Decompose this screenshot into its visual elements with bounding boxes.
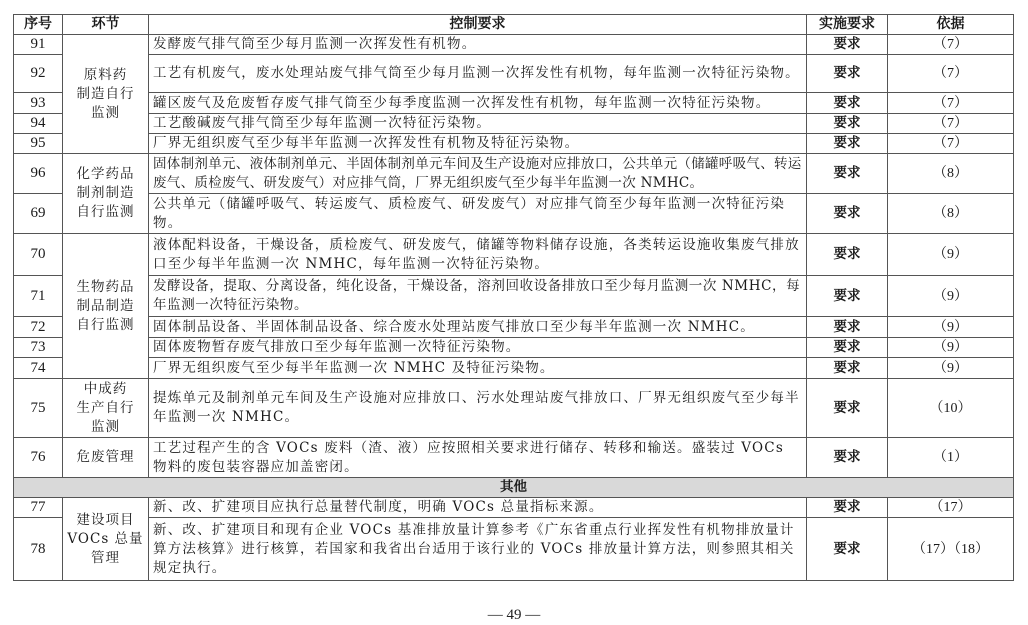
basis-value: （9） xyxy=(888,234,1014,276)
requirement-text: 固体制剂单元、液体制剂单元、半固体制剂单元车间及生产设施对应排放口，公共单元（储… xyxy=(149,154,807,194)
row-number: 69 xyxy=(14,194,63,234)
implementation-value: 要求 xyxy=(807,498,888,518)
table-row: 76 危废管理 工艺过程产生的含 VOCs 废料（渣、液）应按照相关要求进行储存… xyxy=(14,438,1014,478)
stage-tcm-production: 中成药 生产自行 监测 xyxy=(63,379,149,438)
implementation-value: 要求 xyxy=(807,338,888,358)
basis-value: （8） xyxy=(888,154,1014,194)
row-number: 91 xyxy=(14,35,63,55)
row-number: 72 xyxy=(14,317,63,338)
row-number: 96 xyxy=(14,154,63,194)
table-row: 78 新、改、扩建项目和现有企业 VOCs 基准排放量计算参考《广东省重点行业挥… xyxy=(14,518,1014,581)
table-row: 74 厂界无组织废气至少每半年监测一次 NMHC 及特征污染物。 要求 （9） xyxy=(14,358,1014,379)
row-number: 70 xyxy=(14,234,63,276)
requirement-text: 厂界无组织废气至少每半年监测一次挥发性有机物及特征污染物。 xyxy=(149,134,807,154)
control-requirements-table: 序号 环节 控制要求 实施要求 依据 91 原料药 制造自行 监测 发酵废气排气… xyxy=(13,14,1014,581)
table-row: 73 固体废物暂存废气排放口至少每年监测一次特征污染物。 要求 （9） xyxy=(14,338,1014,358)
stage-hazardous-waste: 危废管理 xyxy=(63,438,149,478)
requirement-text: 液体配料设备，干燥设备，质检废气、研发废气，储罐等物料储存设施，各类转运设施收集… xyxy=(149,234,807,276)
table-row: 95 厂界无组织废气至少每半年监测一次挥发性有机物及特征污染物。 要求 （7） xyxy=(14,134,1014,154)
basis-value: （9） xyxy=(888,358,1014,379)
header-implementation: 实施要求 xyxy=(807,15,888,35)
basis-value: （17） xyxy=(888,498,1014,518)
row-number: 93 xyxy=(14,93,63,114)
row-number: 74 xyxy=(14,358,63,379)
implementation-value: 要求 xyxy=(807,154,888,194)
stage-api-manufacturing: 原料药 制造自行 监测 xyxy=(63,35,149,154)
implementation-value: 要求 xyxy=(807,134,888,154)
basis-value: （10） xyxy=(888,379,1014,438)
stage-vocs-total-management: 建设项目 VOCs 总量 管理 xyxy=(63,498,149,581)
basis-value: （1） xyxy=(888,438,1014,478)
table-row: 91 原料药 制造自行 监测 发酵废气排气筒至少每月监测一次挥发性有机物。 要求… xyxy=(14,35,1014,55)
requirement-text: 发酵废气排气筒至少每月监测一次挥发性有机物。 xyxy=(149,35,807,55)
implementation-value: 要求 xyxy=(807,379,888,438)
table-row: 71 发酵设备，提取、分离设备，纯化设备，干燥设备，溶剂回收设备排放口至少每月监… xyxy=(14,276,1014,317)
table-row: 93 罐区废气及危废暂存废气排气筒至少每季度监测一次挥发性有机物，每年监测一次特… xyxy=(14,93,1014,114)
row-number: 73 xyxy=(14,338,63,358)
implementation-value: 要求 xyxy=(807,93,888,114)
header-basis: 依据 xyxy=(888,15,1014,35)
section-row-other: 其他 xyxy=(14,478,1014,498)
section-title: 其他 xyxy=(14,478,1014,498)
row-number: 76 xyxy=(14,438,63,478)
requirement-text: 新、改、扩建项目应执行总量替代制度，明确 VOCs 总量指标来源。 xyxy=(149,498,807,518)
basis-value: （8） xyxy=(888,194,1014,234)
header-requirement: 控制要求 xyxy=(149,15,807,35)
implementation-value: 要求 xyxy=(807,35,888,55)
basis-value: （9） xyxy=(888,338,1014,358)
implementation-value: 要求 xyxy=(807,438,888,478)
table-row: 77 建设项目 VOCs 总量 管理 新、改、扩建项目应执行总量替代制度，明确 … xyxy=(14,498,1014,518)
table-row: 96 化学药品 制剂制造 自行监测 固体制剂单元、液体制剂单元、半固体制剂单元车… xyxy=(14,154,1014,194)
basis-value: （7） xyxy=(888,55,1014,93)
row-number: 92 xyxy=(14,55,63,93)
table-row: 92 工艺有机废气，废水处理站废气排气筒至少每月监测一次挥发性有机物，每年监测一… xyxy=(14,55,1014,93)
implementation-value: 要求 xyxy=(807,194,888,234)
requirement-text: 提炼单元及制剂单元车间及生产设施对应排放口、污水处理站废气排放口、厂界无组织废气… xyxy=(149,379,807,438)
row-number: 75 xyxy=(14,379,63,438)
row-number: 95 xyxy=(14,134,63,154)
basis-value: （17）（18） xyxy=(888,518,1014,581)
requirement-text: 固体废物暂存废气排放口至少每年监测一次特征污染物。 xyxy=(149,338,807,358)
requirement-text: 罐区废气及危废暂存废气排气筒至少每季度监测一次挥发性有机物，每年监测一次特征污染… xyxy=(149,93,807,114)
header-stage: 环节 xyxy=(63,15,149,35)
basis-value: （7） xyxy=(888,93,1014,114)
stage-biological-products: 生物药品 制品制造 自行监测 xyxy=(63,234,149,379)
table-row: 75 中成药 生产自行 监测 提炼单元及制剂单元车间及生产设施对应排放口、污水处… xyxy=(14,379,1014,438)
implementation-value: 要求 xyxy=(807,518,888,581)
table-row: 72 固体制品设备、半固体制品设备、综合废水处理站废气排放口至少每半年监测一次 … xyxy=(14,317,1014,338)
implementation-value: 要求 xyxy=(807,114,888,134)
stage-chemical-formulation: 化学药品 制剂制造 自行监测 xyxy=(63,154,149,234)
row-number: 94 xyxy=(14,114,63,134)
page-number: — 49 — xyxy=(0,607,1028,624)
table-row: 94 工艺酸碱废气排气筒至少每年监测一次特征污染物。 要求 （7） xyxy=(14,114,1014,134)
implementation-value: 要求 xyxy=(807,55,888,93)
implementation-value: 要求 xyxy=(807,317,888,338)
basis-value: （7） xyxy=(888,35,1014,55)
requirement-text: 公共单元（储罐呼吸气、转运废气、质检废气、研发废气）对应排气筒至少每年监测一次特… xyxy=(149,194,807,234)
requirement-text: 发酵设备，提取、分离设备，纯化设备，干燥设备，溶剂回收设备排放口至少每月监测一次… xyxy=(149,276,807,317)
basis-value: （9） xyxy=(888,317,1014,338)
requirement-text: 固体制品设备、半固体制品设备、综合废水处理站废气排放口至少每半年监测一次 NMH… xyxy=(149,317,807,338)
requirement-text: 工艺有机废气，废水处理站废气排气筒至少每月监测一次挥发性有机物，每年监测一次特征… xyxy=(149,55,807,93)
implementation-value: 要求 xyxy=(807,358,888,379)
row-number: 78 xyxy=(14,518,63,581)
requirement-text: 工艺过程产生的含 VOCs 废料（渣、液）应按照相关要求进行储存、转移和输送。盛… xyxy=(149,438,807,478)
requirement-text: 工艺酸碱废气排气筒至少每年监测一次特征污染物。 xyxy=(149,114,807,134)
requirement-text: 厂界无组织废气至少每半年监测一次 NMHC 及特征污染物。 xyxy=(149,358,807,379)
table-header-row: 序号 环节 控制要求 实施要求 依据 xyxy=(14,15,1014,35)
header-index: 序号 xyxy=(14,15,63,35)
implementation-value: 要求 xyxy=(807,276,888,317)
row-number: 71 xyxy=(14,276,63,317)
requirement-text: 新、改、扩建项目和现有企业 VOCs 基准排放量计算参考《广东省重点行业挥发性有… xyxy=(149,518,807,581)
implementation-value: 要求 xyxy=(807,234,888,276)
table-row: 70 生物药品 制品制造 自行监测 液体配料设备，干燥设备，质检废气、研发废气，… xyxy=(14,234,1014,276)
row-number: 77 xyxy=(14,498,63,518)
table-row: 69 公共单元（储罐呼吸气、转运废气、质检废气、研发废气）对应排气筒至少每年监测… xyxy=(14,194,1014,234)
basis-value: （7） xyxy=(888,134,1014,154)
basis-value: （7） xyxy=(888,114,1014,134)
basis-value: （9） xyxy=(888,276,1014,317)
